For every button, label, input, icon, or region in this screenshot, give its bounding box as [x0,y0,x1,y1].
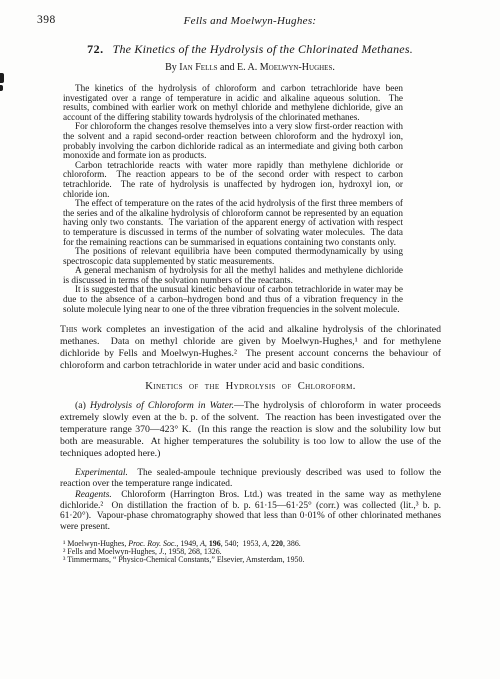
abstract-paragraph-5: The positions of relevant equilibria hav… [63,247,403,266]
abstract-paragraph-3: Carbon tetrachloride reacts with water m… [63,161,403,199]
author-name-1: Ian Fells [179,62,217,73]
page-header: 398 Fells and Moelwyn-Hughes: [0,0,500,29]
article-body: This work completes an investigation of … [60,324,441,533]
experimental-lead: Experimental. [75,468,128,478]
article-number: 72. [87,42,104,56]
running-head: Fells and Moelwyn-Hughes: [0,15,500,27]
reagents-lead: Reagents. [75,490,112,500]
paragraph-hydrolysis-water: (a) Hydrolysis of Chloroform in Water.—T… [60,400,441,460]
abstract-paragraph-1: The kinetics of the hydrolysis of chloro… [63,84,403,122]
abstract: The kinetics of the hydrolysis of chloro… [63,84,403,314]
byline: By Ian Fells and E. A. Moelwyn-Hughes. [0,62,500,73]
footnote-3: ³ Timmermans, “ Physico-Chemical Constan… [63,556,460,564]
experimental-section: Experimental. The sealed-ampoule techniq… [60,468,441,533]
scan-artifact [0,73,4,83]
scan-artifact [0,85,3,91]
byline-conjunction: and [220,62,234,73]
paragraph-run-in-title: Hydrolysis of Chloroform in Water. [90,400,234,411]
abstract-paragraph-4: The effect of temperature on the rates o… [63,199,403,247]
abstract-paragraph-6: A general mechanism of hydrolysis for al… [63,266,403,285]
experimental-paragraph: Experimental. The sealed-ampoule techniq… [60,468,441,490]
intro-text: work completes an investigation of the a… [60,324,443,371]
article-title: 72.The Kinetics of the Hydrolysis of the… [0,42,500,57]
author-name-2: E. A. Moelwyn-Hughes. [237,62,335,73]
footnotes: ¹ Moelwyn-Hughes, Proc. Roy. Soc., 1949,… [63,540,460,564]
paragraph-label: (a) [75,400,90,411]
reagents-paragraph: Reagents. Chloroform (Harrington Bros. L… [60,490,441,533]
abstract-paragraph-7: It is suggested that the unusual kinetic… [63,285,403,314]
journal-page: 398 Fells and Moelwyn-Hughes: 72.The Kin… [0,0,500,679]
intro-lead-word: This [60,324,77,335]
abstract-paragraph-2: For chloroform the changes resolve thems… [63,122,403,160]
byline-prefix: By [165,62,177,73]
reagents-text: Chloroform (Harrington Bros. Ltd.) was t… [60,490,443,532]
article-title-text: The Kinetics of the Hydrolysis of the Ch… [113,42,413,56]
intro-paragraph: This work completes an investigation of … [60,324,441,372]
page-number: 398 [37,14,56,26]
section-heading: Kinetics of the Hydrolysis of Chloroform… [60,381,441,393]
